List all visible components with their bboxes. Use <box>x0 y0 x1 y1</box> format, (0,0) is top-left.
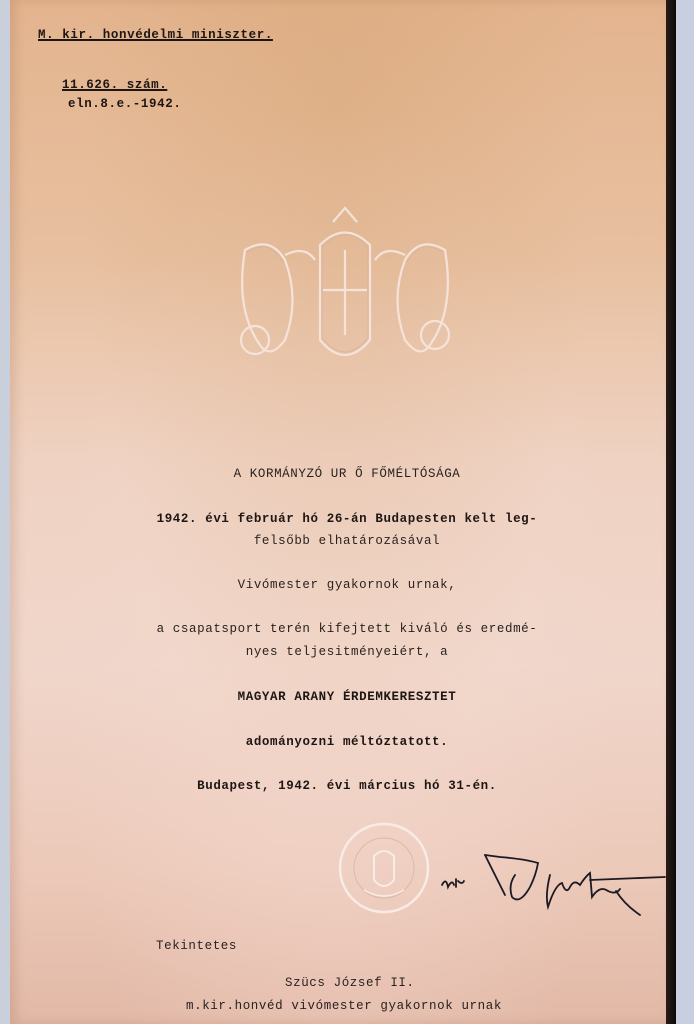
body-line-merit-cont: nyes teljesitményeiért, a <box>0 645 694 659</box>
reference-number: 11.626. szám. <box>62 78 167 92</box>
coat-of-arms-emboss-icon <box>215 200 475 380</box>
signature-icon <box>440 835 670 925</box>
reference-code: eln.8.e.-1942. <box>68 97 181 111</box>
body-line-addressee: Vivómester gyakornok urnak, <box>0 578 694 592</box>
body-line-granted: adományozni méltóztatott. <box>0 735 694 749</box>
body-line-merit: a csapatsport terén kifejtett kiváló és … <box>0 622 694 636</box>
salutation: Tekintetes <box>156 939 237 953</box>
body-line-governor: A KORMÁNYZÓ UR Ő FŐMÉLTÓSÁGA <box>0 467 694 481</box>
ministry-header: M. kir. honvédelmi miniszter. <box>38 28 273 42</box>
recipient-name: Szücs József II. <box>285 976 415 990</box>
ministry-seal-icon <box>336 820 432 916</box>
body-line-date: 1942. évi február hó 26-án Budapesten ke… <box>0 512 694 526</box>
recipient-title: m.kir.honvéd vivómester gyakornok urnak <box>186 999 502 1013</box>
body-line-resolution: felsőbb elhatározásával <box>0 534 694 548</box>
place-and-date: Budapest, 1942. évi március hó 31-én. <box>0 779 694 793</box>
award-name: MAGYAR ARANY ÉRDEMKERESZTET <box>0 690 694 704</box>
